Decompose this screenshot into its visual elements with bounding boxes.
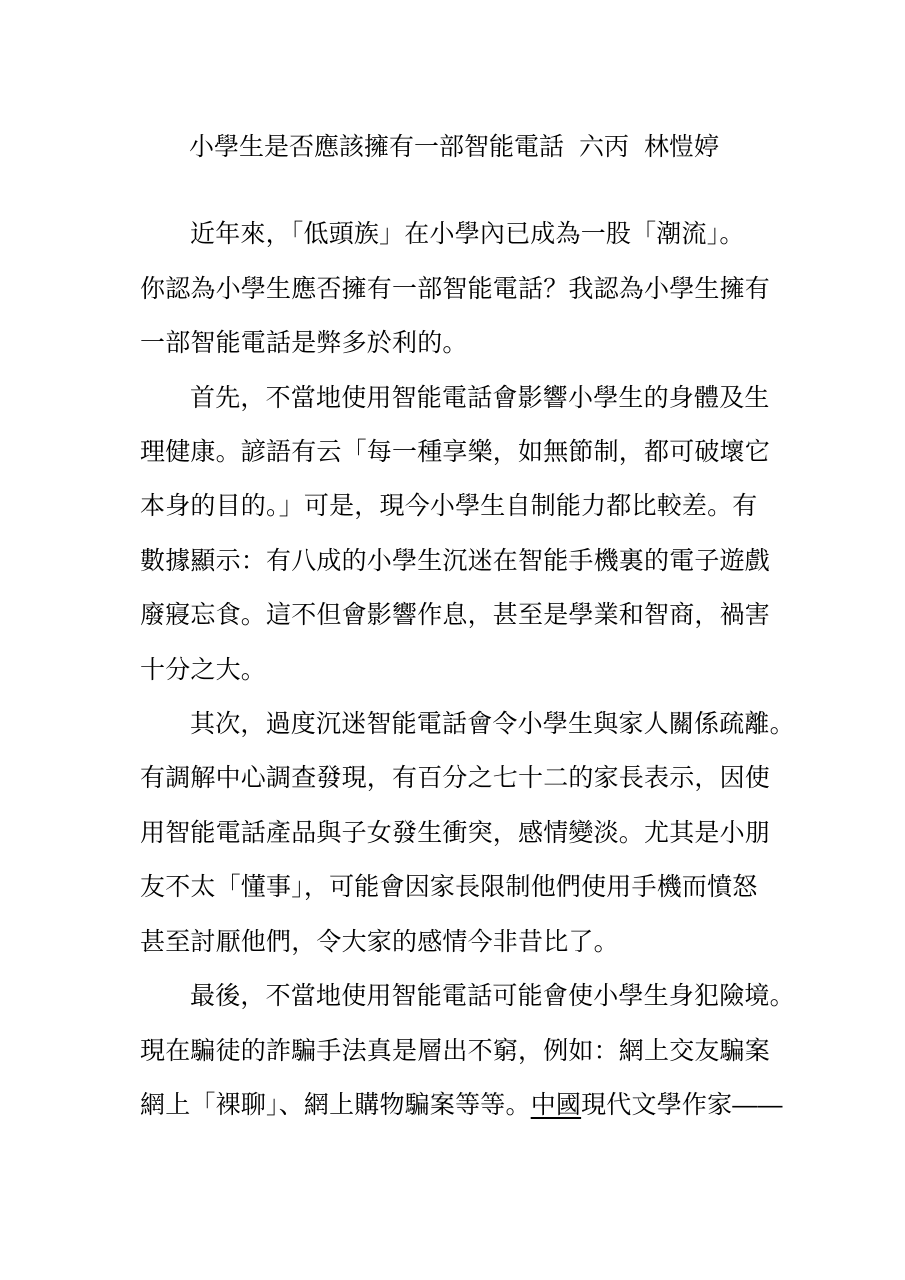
text-line: 數據顯示：有八成的小學生沉迷在智能手機裏的電子遊戲 xyxy=(140,534,768,588)
text-line: 十分之大。 xyxy=(140,643,768,697)
text-line: 廢寢忘食。這不但會影響作息，甚至是學業和智商，禍害 xyxy=(140,588,768,642)
text-line: 近年來，「低頭族」在小學內已成為一股「潮流」。 xyxy=(140,207,768,261)
paragraph-3: 其次，過度沉迷智能電話會令小學生與家人關係疏離。 有調解中心調查發現，有百分之七… xyxy=(140,697,768,969)
text-segment: 網上「裸聊」、網上購物騙案等等。 xyxy=(140,1091,531,1119)
text-line: 一部智能電話是弊多於利的。 xyxy=(140,316,768,370)
underlined-proper-noun: 中國 xyxy=(531,1091,581,1119)
text-line: 用智能電話產品與子女發生衝突，感情變淡。尤其是小朋 xyxy=(140,806,768,860)
text-line: 甚至討厭他們，令大家的感情今非昔比了。 xyxy=(140,915,768,969)
text-line: 首先，不當地使用智能電話會影響小學生的身體及生 xyxy=(140,371,768,425)
text-line: 你認為小學生應否擁有一部智能電話？我認為小學生擁有 xyxy=(140,262,768,316)
text-line: 理健康。諺語有云「每一種享樂，如無節制，都可破壞它 xyxy=(140,425,768,479)
text-line: 其次，過度沉迷智能電話會令小學生與家人關係疏離。 xyxy=(140,697,768,751)
text-line: 網上「裸聊」、網上購物騙案等等。中國現代文學作家—— xyxy=(140,1078,768,1132)
text-segment: 現代文學作家—— xyxy=(581,1091,783,1119)
paragraph-2: 首先，不當地使用智能電話會影響小學生的身體及生 理健康。諺語有云「每一種享樂，如… xyxy=(140,371,768,697)
text-line: 有調解中心調查發現，有百分之七十二的家長表示，因使 xyxy=(140,751,768,805)
paragraph-4: 最後，不當地使用智能電話可能會使小學生身犯險境。 現在騙徒的詐騙手法真是層出不窮… xyxy=(140,969,768,1132)
title-body-gap xyxy=(140,174,768,207)
text-line: 最後，不當地使用智能電話可能會使小學生身犯險境。 xyxy=(140,969,768,1023)
text-line: 本身的目的。」可是，現今小學生自制能力都比較差。有 xyxy=(140,479,768,533)
text-line: 現在騙徒的詐騙手法真是層出不窮，例如：網上交友騙案 xyxy=(140,1024,768,1078)
essay-title: 小學生是否應該擁有一部智能電話 六丙 林愷婷 xyxy=(140,120,768,174)
document-page: 小學生是否應該擁有一部智能電話 六丙 林愷婷 近年來，「低頭族」在小學內已成為一… xyxy=(0,0,905,1280)
text-line: 友不太「懂事」，可能會因家長限制他們使用手機而憤怒 xyxy=(140,860,768,914)
paragraph-1: 近年來，「低頭族」在小學內已成為一股「潮流」。 你認為小學生應否擁有一部智能電話… xyxy=(140,207,768,370)
document-content: 小學生是否應該擁有一部智能電話 六丙 林愷婷 近年來，「低頭族」在小學內已成為一… xyxy=(140,120,768,1132)
